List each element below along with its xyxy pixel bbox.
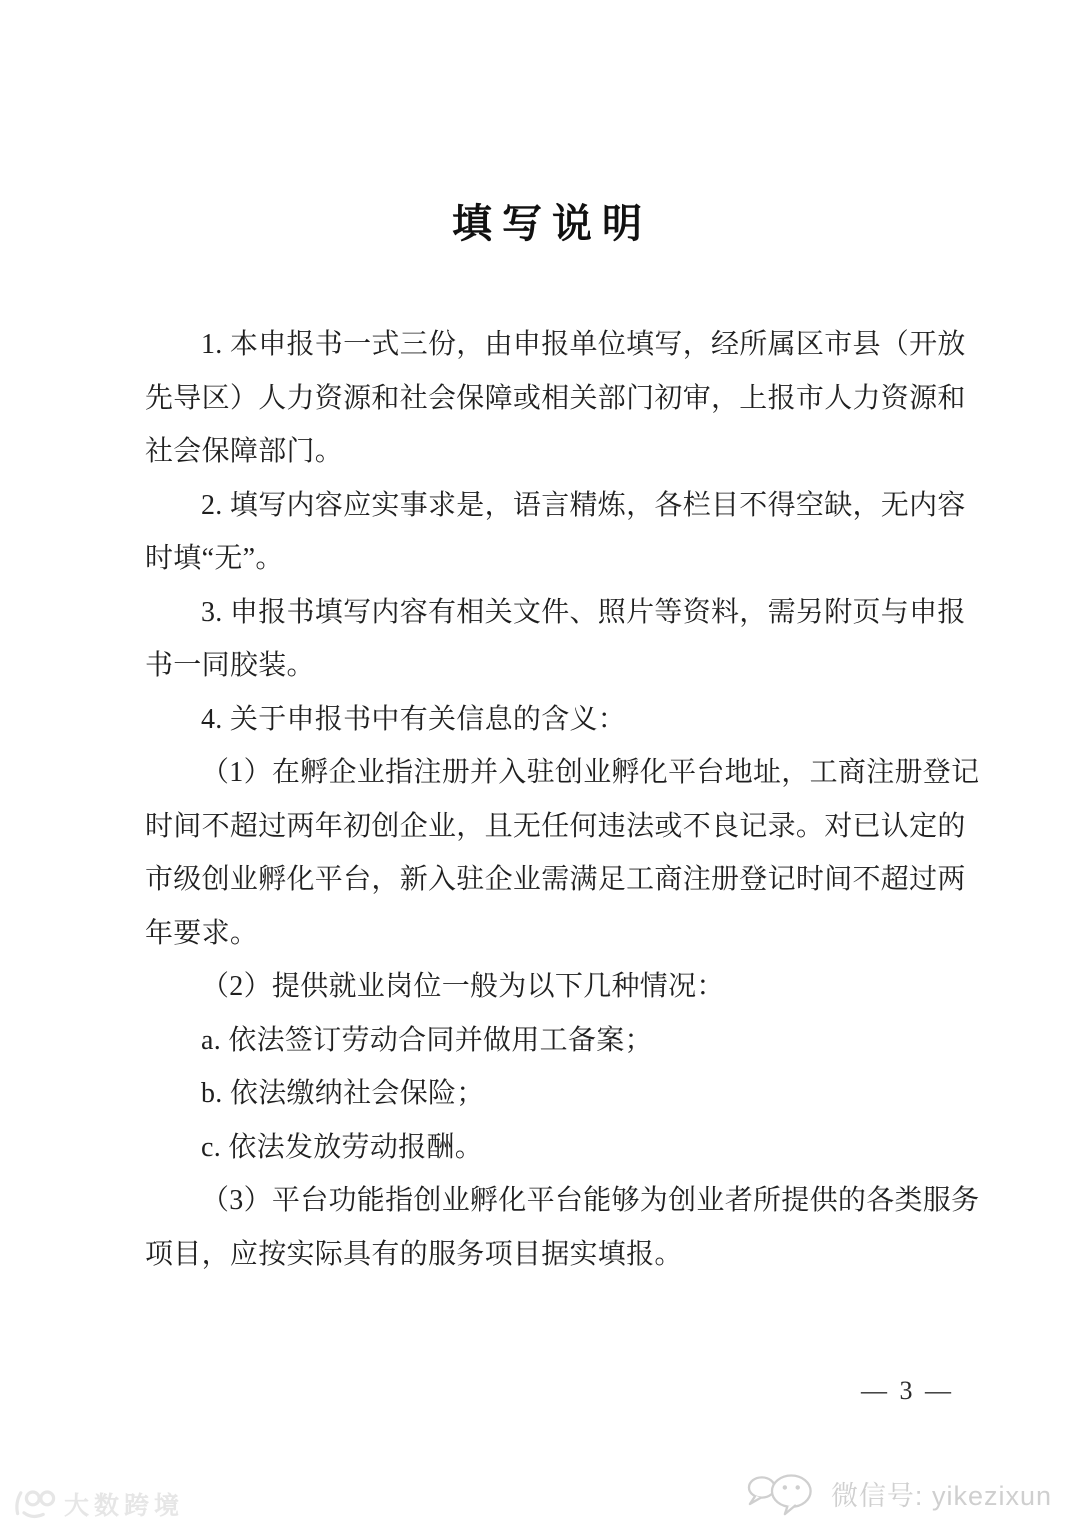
instruction-line: 3. 申报书填写内容有相关文件、照片等资料，需另附页与申报	[145, 586, 1045, 640]
instruction-line: （3）平台功能指创业孵化平台能够为创业者所提供的各类服务	[145, 1174, 1045, 1228]
instruction-line: 书一同胶装。	[145, 639, 1045, 693]
wechat-icon	[745, 1470, 821, 1516]
watermark-dashu-kuajing: 大数跨境	[8, 1486, 184, 1522]
instruction-line: 先导区）人力资源和社会保障或相关部门初审，上报市人力资源和	[145, 372, 1045, 426]
instruction-line: 时间不超过两年初创企业，且无任何违法或不良记录。对已认定的	[145, 800, 1045, 854]
instruction-line: 市级创业孵化平台，新入驻企业需满足工商注册登记时间不超过两	[145, 853, 1045, 907]
document-page: 填写说明 1. 本申报书一式三份，由申报单位填写，经所属区市县（开放 先导区）人…	[0, 0, 1080, 1528]
instruction-line: b. 依法缴纳社会保险；	[145, 1067, 1045, 1121]
instruction-line: 4. 关于申报书中有关信息的含义：	[145, 693, 1045, 747]
instruction-line: 2. 填写内容应实事求是，语言精炼，各栏目不得空缺，无内容	[145, 479, 1045, 533]
watermark-label: 大数跨境	[64, 1486, 184, 1522]
dashu-logo-icon	[8, 1486, 56, 1522]
instruction-line: 社会保障部门。	[145, 425, 1045, 479]
instruction-line: （2）提供就业岗位一般为以下几种情况：	[145, 960, 1045, 1014]
page-title: 填写说明	[12, 192, 1080, 249]
instruction-line: 1. 本申报书一式三份，由申报单位填写，经所属区市县（开放	[145, 318, 1045, 372]
page-number: — 3 —	[861, 1376, 954, 1406]
instruction-line: 项目，应按实际具有的服务项目据实填报。	[145, 1228, 1045, 1282]
instruction-line: c. 依法发放劳动报酬。	[145, 1121, 1045, 1175]
instruction-line: （1）在孵企业指注册并入驻创业孵化平台地址，工商注册登记	[145, 746, 1045, 800]
instruction-line: 时填“无”。	[145, 532, 1045, 586]
wechat-contact: 微信号: yikezixun	[745, 1470, 1052, 1516]
instructions-body: 1. 本申报书一式三份，由申报单位填写，经所属区市县（开放 先导区）人力资源和社…	[145, 318, 1045, 1281]
instruction-line: a. 依法签订劳动合同并做用工备案；	[145, 1014, 1045, 1068]
instruction-line: 年要求。	[145, 907, 1045, 961]
wechat-label: 微信号: yikezixun	[831, 1474, 1052, 1513]
